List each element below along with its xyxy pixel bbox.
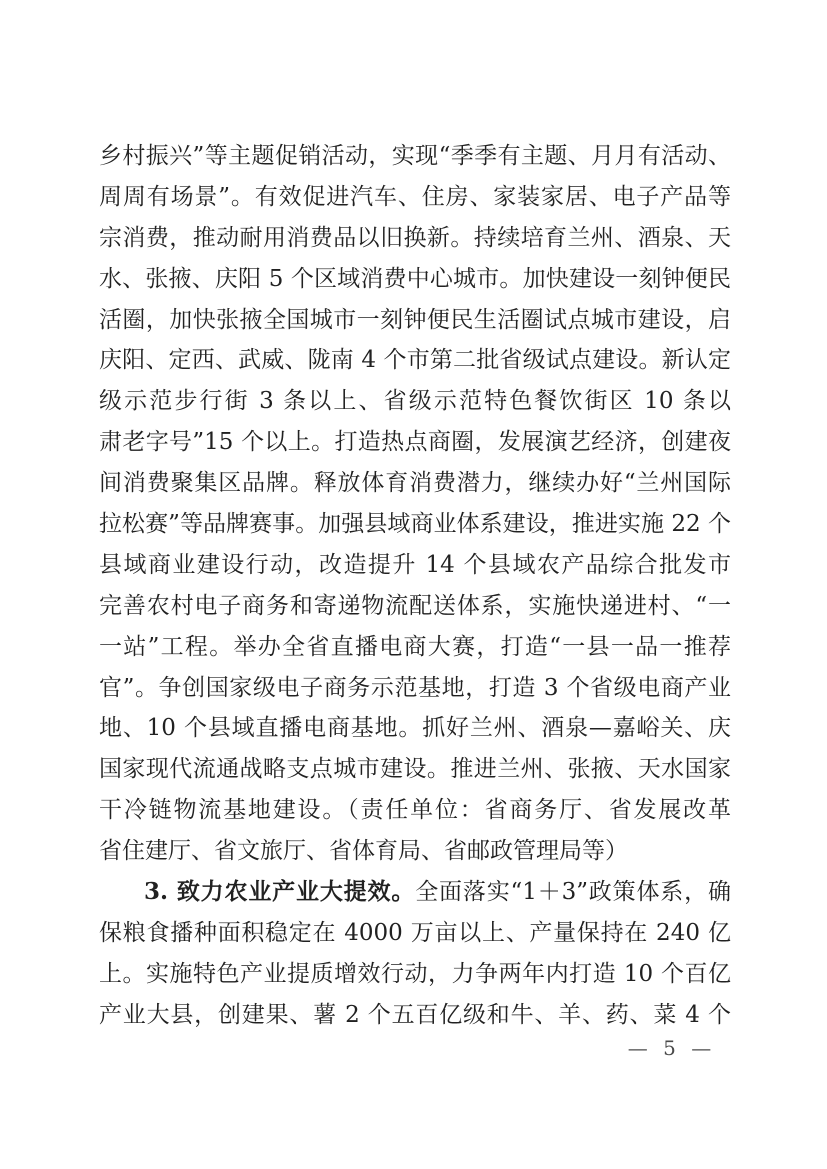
section-3-first-line-rest: 全面落实“1＋3”政策体系，确 — [415, 879, 731, 905]
page-number: — 5 — — [610, 1036, 730, 1060]
section-3-heading: 3. 致力农业产业大提效。 — [144, 878, 415, 905]
text-line-paragraph-end: 省住建厅、省文旅厅、省体育局、省邮政管理局等） — [99, 831, 731, 872]
text-line: 肃老字号”15 个以上。打造热点商圈，发展演艺经济，创建夜 — [99, 422, 731, 463]
text-line: 县域商业建设行动，改造提升 14 个县域农产品综合批发市场。 — [99, 545, 731, 586]
text-line: 产业大县，创建果、薯 2 个五百亿级和牛、羊、药、菜 4 个千亿 — [99, 995, 731, 1036]
document-body: 乡村振兴”等主题促销活动，实现“季季有主题、月月有活动、 周周有场景”。有效促进… — [99, 136, 731, 1036]
text-line: 周周有场景”。有效促进汽车、住房、家装家居、电子产品等大 — [99, 177, 731, 218]
text-line: 官”。争创国家级电子商务示范基地，打造 3 个省级电商产业基 — [99, 668, 731, 709]
text-line: 乡村振兴”等主题促销活动，实现“季季有主题、月月有活动、 — [99, 136, 731, 177]
text-line: 干冷链物流基地建设。（责任单位：省商务厅、省发展改革委、 — [99, 790, 731, 831]
text-line: 庆阳、定西、武威、陇南 4 个市第二批省级试点建设。新认定省 — [99, 340, 731, 381]
text-line: 保粮食播种面积稳定在 4000 万亩以上、产量保持在 240 亿斤以 — [99, 913, 731, 954]
text-line: 活圈，加快张掖全国城市一刻钟便民生活圈试点城市建设，启动 — [99, 300, 731, 341]
text-line: 地、10 个县域直播电商基地。抓好兰州、酒泉—嘉峪关、庆阳 — [99, 708, 731, 749]
text-line: 宗消费，推动耐用消费品以旧换新。持续培育兰州、酒泉、天 — [99, 218, 731, 259]
text-line: 上。实施特色产业提质增效行动，力争两年内打造 10 个百亿级 — [99, 954, 731, 995]
text-line: 级示范步行街 3 条以上、省级示范特色餐饮街区 10 条以上、“甘 — [99, 381, 731, 422]
text-line: 一站”工程。举办全省直播电商大赛，打造“一县一品一推荐 — [99, 627, 731, 668]
text-line: 间消费聚集区品牌。释放体育消费潜力，继续办好“兰州国际马 — [99, 463, 731, 504]
text-line: 水、张掖、庆阳 5 个区域消费中心城市。加快建设一刻钟便民生 — [99, 259, 731, 300]
document-page: 乡村振兴”等主题促销活动，实现“季季有主题、月月有活动、 周周有场景”。有效促进… — [0, 0, 827, 1169]
section-3-first-line: 3. 致力农业产业大提效。全面落实“1＋3”政策体系，确 — [99, 872, 731, 913]
text-line: 国家现代流通战略支点城市建设。推进兰州、张掖、天水国家骨 — [99, 749, 731, 790]
text-line: 拉松赛”等品牌赛事。加强县域商业体系建设，推进实施 22 个 — [99, 504, 731, 545]
text-line: 完善农村电子商务和寄递物流配送体系，实施快递进村、“一村 — [99, 586, 731, 627]
